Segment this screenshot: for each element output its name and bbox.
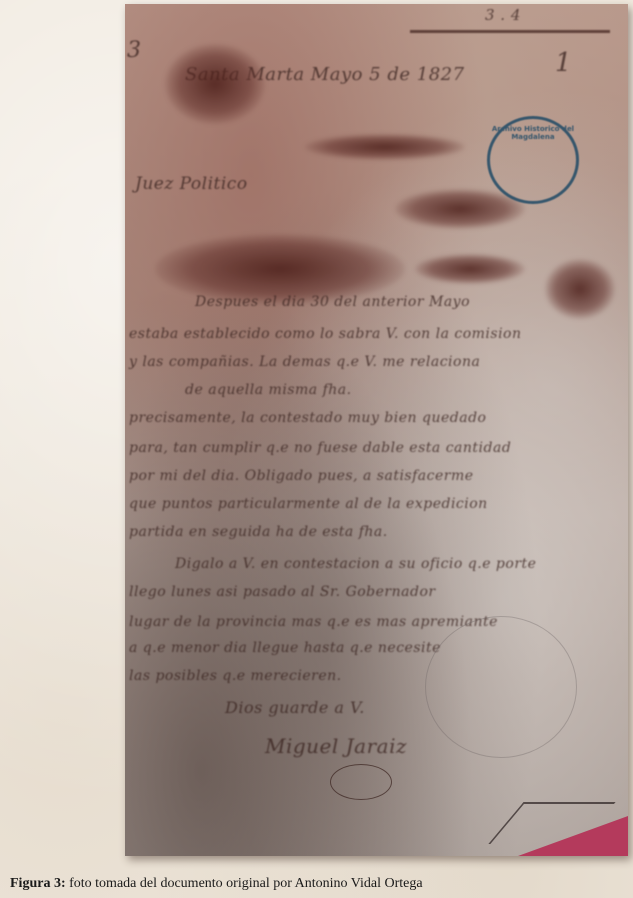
header-rule (410, 30, 610, 33)
body-line: llego lunes asi pasado al Sr. Gobernador (129, 584, 436, 600)
body-line: Digalo a V. en contestacion a su oficio … (175, 556, 536, 572)
body-line: estaba establecido como lo sabra V. con … (129, 326, 522, 342)
body-line: y las compañias. La demas q.e V. me rela… (129, 354, 480, 370)
body-line: por mi del dia. Obligado pues, a satisfa… (129, 468, 474, 484)
header-mark: 3 . 4 (485, 6, 521, 24)
page-number: 1 (555, 48, 572, 78)
signature-flourish (330, 764, 392, 800)
body-line: lugar de la provincia mas q.e es mas apr… (129, 614, 498, 630)
ink-stain (415, 254, 525, 284)
body-line: partida en seguida ha de esta fha. (129, 524, 388, 540)
body-line: Despues el dia 30 del anterior Mayo (195, 294, 470, 310)
body-line: precisamente, la contestado muy bien que… (129, 410, 486, 426)
ink-stain (165, 44, 265, 124)
margin-number: 3 (127, 38, 142, 63)
body-line: que puntos particularmente al de la expe… (129, 496, 488, 512)
ink-stain (545, 259, 615, 319)
document-photo: 3 . 4 3 1 Santa Marta Mayo 5 de 1827 Jue… (125, 4, 628, 856)
signature: Miguel Jaraiz (265, 734, 407, 758)
figure-caption: Figura 3: foto tomada del documento orig… (10, 876, 423, 892)
body-line: las posibles q.e merecieren. (129, 668, 342, 684)
ink-stain (305, 134, 465, 160)
addressee-line: Juez Politico (135, 174, 248, 194)
body-line: para, tan cumplir q.e no fuese dable est… (129, 440, 511, 456)
faint-seal (425, 616, 577, 758)
closing-line: Dios guarde a V. (225, 698, 365, 717)
body-line: de aquella misma fha. (185, 382, 352, 398)
body-line: a q.e menor dia llegue hasta q.e necesit… (129, 640, 441, 656)
caption-label: Figura 3: (10, 876, 66, 891)
archive-stamp-text: Archivo Historico del Magdalena (490, 125, 576, 141)
caption-text: foto tomada del documento original por A… (66, 876, 423, 891)
archive-stamp: Archivo Historico del Magdalena (487, 116, 579, 204)
